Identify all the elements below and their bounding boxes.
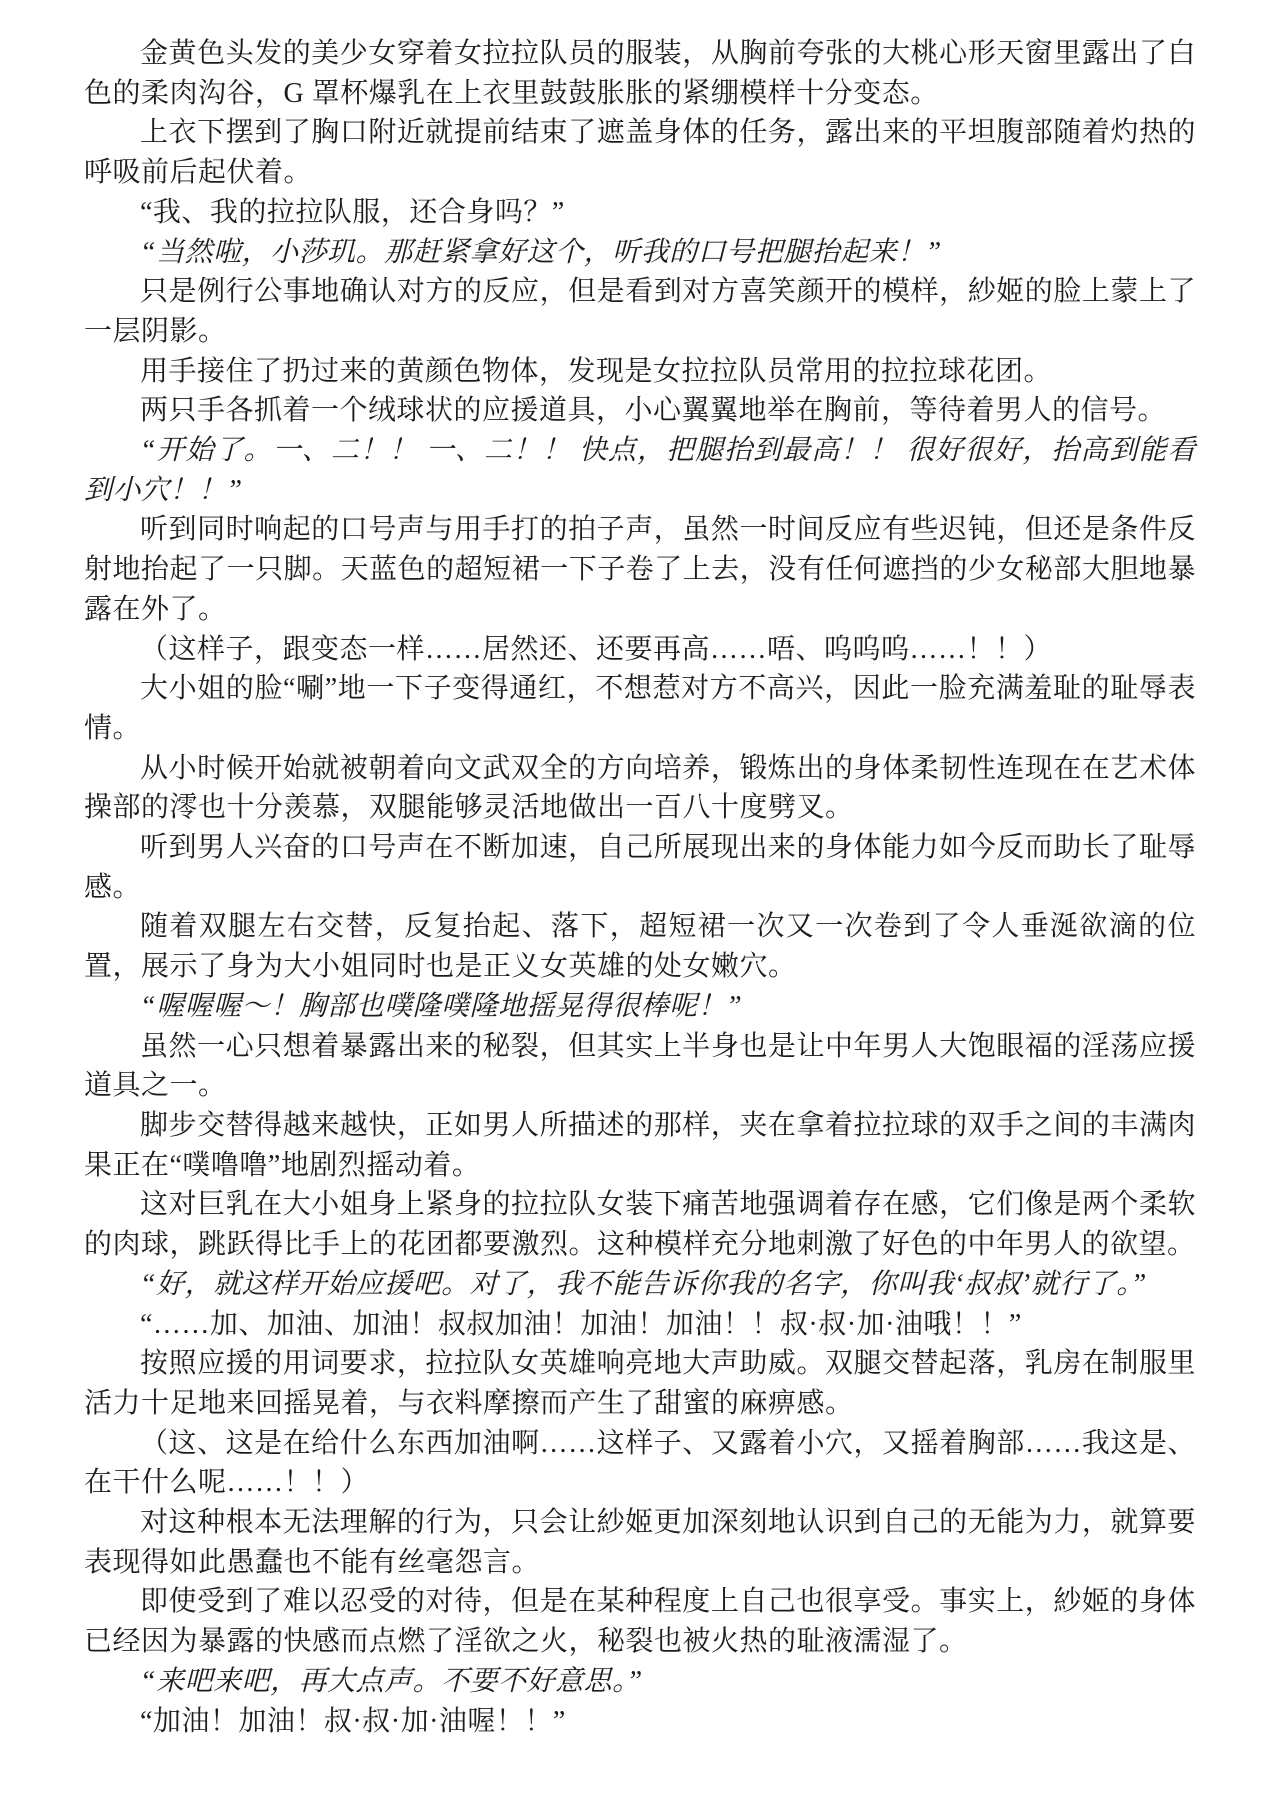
paragraph: 随着双腿左右交替，反复抬起、落下，超短裙一次又一次卷到了令人垂涎欲滴的位置，展示…: [84, 907, 1196, 986]
paragraph-dialogue-italic: “喔喔喔～！胸部也噗隆噗隆地摇晃得很棒呢！”: [84, 987, 1196, 1027]
paragraph: 虽然一心只想着暴露出来的秘裂，但其实上半身也是让中年男人大饱眼福的淫荡应援道具之…: [84, 1027, 1196, 1106]
paragraph-dialogue: “我、我的拉拉队服，还合身吗？”: [84, 193, 1196, 233]
paragraph: 听到男人兴奋的口号声在不断加速，自己所展现出来的身体能力如今反而助长了耻辱感。: [84, 828, 1196, 907]
paragraph-inner-thought: （这样子，跟变态一样……居然还、还要再高……唔、呜呜呜……！！）: [84, 630, 1196, 670]
document-page: 金黄色头发的美少女穿着女拉拉队员的服装，从胸前夸张的大桃心形天窗里露出了白色的柔…: [0, 0, 1280, 1816]
paragraph-dialogue-italic: “好，就这样开始应援吧。对了，我不能告诉你我的名字，你叫我‘叔叔’就行了。”: [84, 1265, 1196, 1305]
paragraph: 按照应援的用词要求，拉拉队女英雄响亮地大声助威。双腿交替起落，乳房在制服里活力十…: [84, 1344, 1196, 1423]
paragraph: 这对巨乳在大小姐身上紧身的拉拉队女装下痛苦地强调着存在感，它们像是两个柔软的肉球…: [84, 1185, 1196, 1264]
paragraph: 只是例行公事地确认对方的反应，但是看到对方喜笑颜开的模样，紗姬的脸上蒙上了一层阴…: [84, 272, 1196, 351]
paragraph: 听到同时响起的口号声与用手打的拍子声，虽然一时间反应有些迟钝，但还是条件反射地抬…: [84, 510, 1196, 629]
paragraph: 大小姐的脸“唰”地一下子变得通红，不想惹对方不高兴，因此一脸充满羞耻的耻辱表情。: [84, 669, 1196, 748]
paragraph: 即使受到了难以忍受的对待，但是在某种程度上自己也很享受。事实上，紗姬的身体已经因…: [84, 1582, 1196, 1661]
paragraph-dialogue: “加油！加油！叔·叔·加·油喔！！”: [84, 1702, 1196, 1742]
paragraph: 用手接住了扔过来的黄颜色物体，发现是女拉拉队员常用的拉拉球花团。: [84, 352, 1196, 392]
paragraph-dialogue-italic: “开始了。一、二！！ 一、二！！ 快点，把腿抬到最高！！ 很好很好，抬高到能看到…: [84, 431, 1196, 510]
paragraph-dialogue: “……加、加油、加油！叔叔加油！加油！加油！！叔·叔·加·油哦！！”: [84, 1305, 1196, 1345]
paragraph: 两只手各抓着一个绒球状的应援道具，小心翼翼地举在胸前，等待着男人的信号。: [84, 391, 1196, 431]
paragraph: 从小时候开始就被朝着向文武双全的方向培养，锻炼出的身体柔韧性连现在在艺术体操部的…: [84, 749, 1196, 828]
paragraph-dialogue-italic: “来吧来吧，再大点声。不要不好意思。”: [84, 1662, 1196, 1702]
paragraph: 脚步交替得越来越快，正如男人所描述的那样，夹在拿着拉拉球的双手之间的丰满肉果正在…: [84, 1106, 1196, 1185]
paragraph: 金黄色头发的美少女穿着女拉拉队员的服装，从胸前夸张的大桃心形天窗里露出了白色的柔…: [84, 34, 1196, 113]
paragraph-dialogue-italic: “当然啦，小莎玑。那赶紧拿好这个，听我的口号把腿抬起来！”: [84, 233, 1196, 273]
paragraph-inner-thought: （这、这是在给什么东西加油啊……这样子、又露着小穴，又摇着胸部……我这是、在干什…: [84, 1424, 1196, 1503]
paragraph: 上衣下摆到了胸口附近就提前结束了遮盖身体的任务，露出来的平坦腹部随着灼热的呼吸前…: [84, 113, 1196, 192]
paragraph: 对这种根本无法理解的行为，只会让紗姬更加深刻地认识到自己的无能为力，就算要表现得…: [84, 1503, 1196, 1582]
